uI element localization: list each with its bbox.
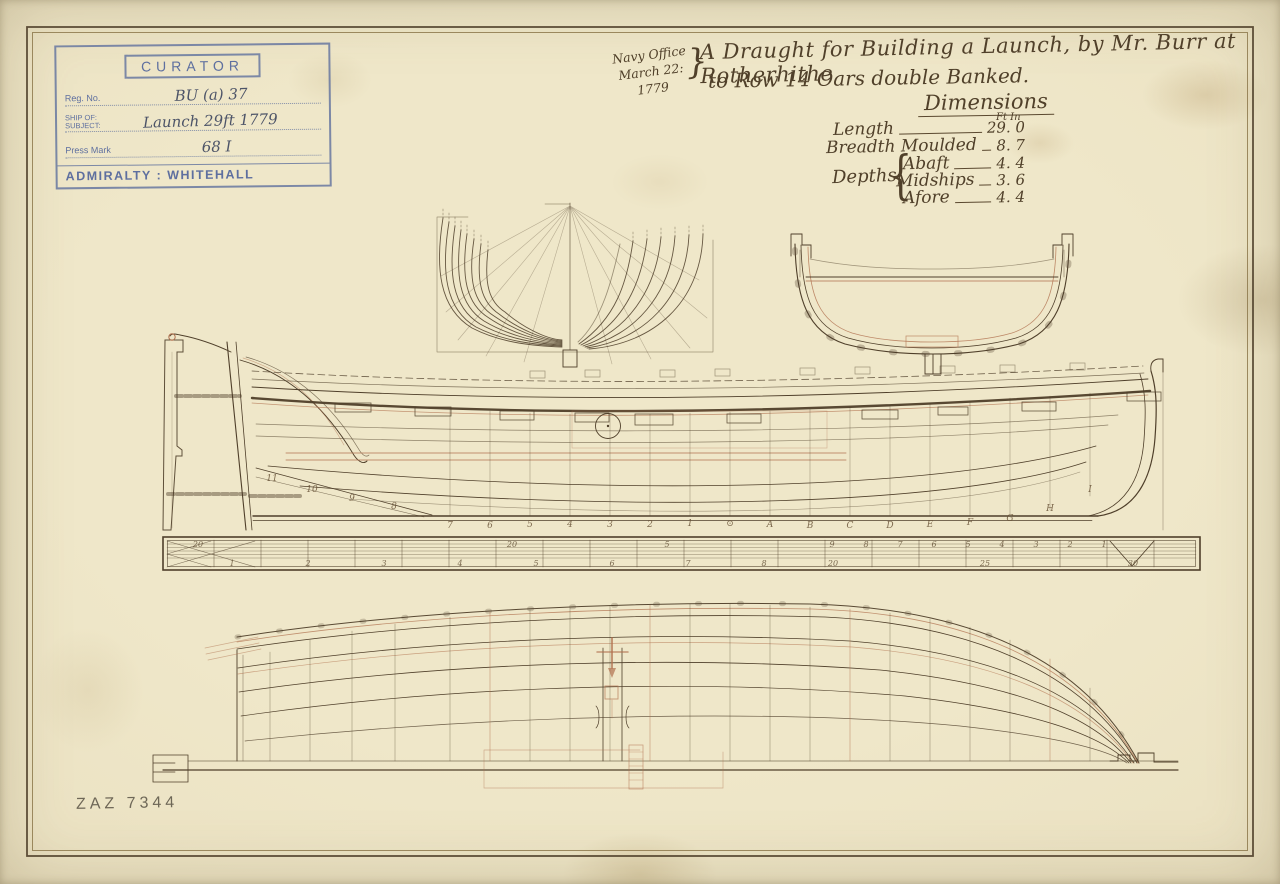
svg-text:A: A [766, 520, 774, 530]
red-layout-box [484, 750, 723, 788]
press-mark-row: Press Mark 68 I [65, 137, 321, 159]
dimensions-title: Dimensions [918, 89, 1054, 117]
svg-text:G: G [1006, 514, 1013, 524]
quarter-curve [240, 360, 367, 463]
svg-text:25: 25 [979, 559, 990, 568]
svg-text:2: 2 [1066, 540, 1072, 549]
svg-text:⊙: ⊙ [726, 519, 734, 529]
svg-text:8: 8 [863, 540, 868, 549]
svg-text:1: 1 [687, 519, 693, 529]
svg-text:3: 3 [381, 559, 386, 568]
scale-bar: 20 20 5 9 8 7 6 5 4 3 2 1 1 2 3 4 5 6 7 … [163, 537, 1200, 570]
press-mark-label: Press Mark [65, 145, 111, 157]
waterlines [237, 603, 1139, 763]
depths-label: Depths [832, 165, 897, 188]
reg-no-row: Reg. No. BU (a) 37 [65, 85, 321, 107]
scale-left-hatch [167, 541, 255, 567]
svg-text:4: 4 [998, 540, 1004, 549]
svg-text:8: 8 [761, 559, 766, 568]
keel-scarf-detail [153, 755, 188, 782]
svg-text:2: 2 [646, 520, 653, 530]
svg-text:3: 3 [607, 520, 613, 530]
afore-value: 4. 4 [996, 188, 1025, 207]
svg-text:1: 1 [229, 559, 234, 568]
risings-red [286, 453, 846, 460]
midship-outer-contour [795, 244, 1069, 354]
navy-office-note: Navy Office March 22: 1779 [605, 41, 697, 102]
svg-text:8: 8 [391, 502, 397, 512]
reg-no-value: BU (a) 37 [100, 83, 321, 107]
sheer-plan: 11 10 9 8 7 6 5 4 3 2 1 ⊙ A B C D E F G … [163, 334, 1163, 531]
tiller [170, 334, 231, 352]
transom-hatch [205, 637, 261, 660]
admiralty-footer: ADMIRALTY : WHITEHALL [58, 163, 330, 188]
deadwood [256, 468, 432, 515]
midship-section [791, 234, 1073, 374]
svg-text:3: 3 [1033, 540, 1038, 549]
wale-line [252, 391, 1150, 411]
reg-no-label: Reg. No. [65, 93, 101, 105]
svg-text:4: 4 [566, 520, 573, 530]
svg-text:6: 6 [609, 559, 614, 568]
svg-text:H: H [1045, 504, 1054, 514]
svg-text:E: E [926, 520, 934, 530]
svg-text:10: 10 [306, 485, 318, 495]
rudder [163, 340, 183, 530]
svg-text:F: F [966, 518, 974, 528]
svg-text:5: 5 [533, 559, 538, 568]
subject-value: Launch 29ft 1779 [100, 109, 321, 133]
top-dashed-sheer [252, 366, 1143, 381]
svg-text:6: 6 [487, 521, 493, 531]
fore-section-curves [578, 234, 703, 349]
archive-mark: ZAZ 7344 [76, 794, 179, 814]
stem-head [1151, 359, 1163, 372]
gunwale-posts [791, 234, 1073, 258]
svg-text:20: 20 [827, 559, 838, 568]
svg-text:D: D [885, 521, 893, 531]
svg-text:6: 6 [931, 540, 936, 549]
svg-text:5: 5 [527, 520, 533, 530]
midship-keel [925, 354, 941, 374]
svg-text:20: 20 [192, 540, 203, 549]
svg-text:B: B [806, 521, 814, 531]
red-ladder-detail [629, 745, 643, 789]
svg-text:11: 11 [266, 474, 277, 484]
afore-label: Afore [903, 187, 950, 208]
svg-text:2: 2 [304, 559, 310, 568]
frame-ticks [795, 250, 1069, 354]
curator-stamp: CURATOR Reg. No. BU (a) 37 SHIP OF: SUBJ… [54, 43, 331, 190]
press-mark-value: 68 I [111, 135, 322, 159]
svg-text:C: C [847, 521, 854, 531]
svg-text:4: 4 [456, 559, 462, 568]
curator-stamp-title: CURATOR [124, 53, 260, 78]
svg-text:5: 5 [965, 540, 970, 549]
svg-text:9: 9 [349, 494, 355, 504]
subject-label: SHIP OF: SUBJECT: [65, 114, 101, 131]
svg-text:20: 20 [506, 540, 517, 549]
subject-row: SHIP OF: SUBJECT: Launch 29ft 1779 [65, 111, 321, 133]
afore-row: Afore 4. 4 [903, 186, 1025, 209]
rowlock-notches [530, 363, 1085, 378]
svg-text:1: 1 [1101, 540, 1106, 549]
sternpost [227, 342, 246, 530]
svg-text:9: 9 [829, 540, 834, 549]
mast-trunk-detail [596, 638, 629, 761]
body-plan [437, 203, 713, 367]
fore-top-ticks [633, 225, 703, 241]
svg-text:7: 7 [447, 521, 453, 531]
svg-text:30: 30 [1128, 559, 1138, 568]
svg-text:I: I [1087, 485, 1092, 495]
svg-text:5: 5 [664, 540, 669, 549]
scale-ticks [214, 540, 1154, 567]
half-breadth-plan [153, 603, 1178, 789]
